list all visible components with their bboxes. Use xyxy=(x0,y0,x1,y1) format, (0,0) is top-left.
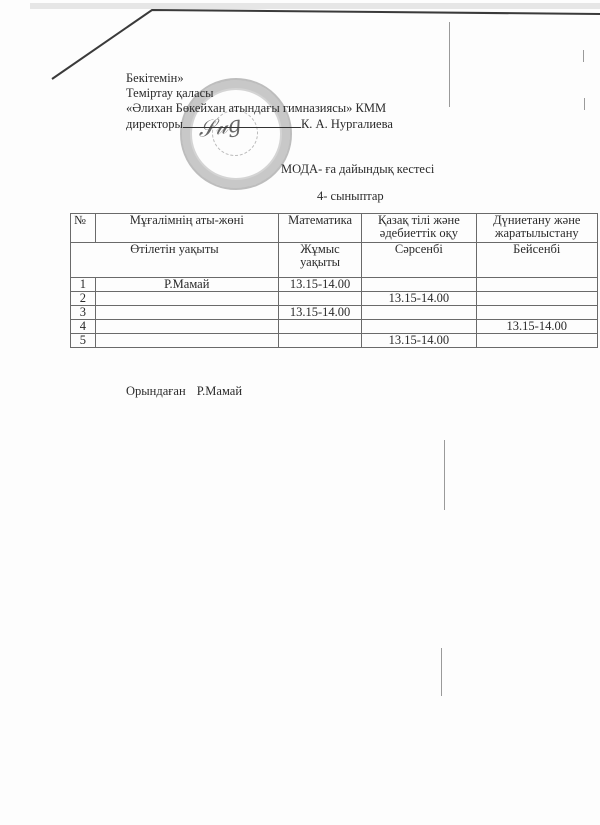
row-teacher xyxy=(95,306,278,320)
approval-block: Бекітемін» Теміртау қаласы «Әлихан Бөкей… xyxy=(126,71,393,132)
row-no: 5 xyxy=(71,334,96,348)
row-teacher xyxy=(95,320,278,334)
row-math xyxy=(278,334,361,348)
table-row: 3 13.15-14.00 xyxy=(71,306,598,320)
subheader-kazakh: Сәрсенбі xyxy=(362,243,476,278)
row-world: 13.15-14.00 xyxy=(476,320,597,334)
subheader-time-label: Өтілетін уақыты xyxy=(71,243,279,278)
row-math: 13.15-14.00 xyxy=(278,278,361,292)
approval-line: Теміртау қаласы xyxy=(126,86,393,101)
table-row: 2 13.15-14.00 xyxy=(71,292,598,306)
row-no: 1 xyxy=(71,278,96,292)
row-kazakh xyxy=(362,278,476,292)
row-world xyxy=(476,278,597,292)
scan-artifact-line xyxy=(583,50,584,62)
table-row: 4 13.15-14.00 xyxy=(71,320,598,334)
executor-label: Орындаған xyxy=(126,384,186,398)
scan-artifact-line xyxy=(449,22,450,107)
row-no: 2 xyxy=(71,292,96,306)
header-math: Математика xyxy=(278,214,361,243)
scan-artifact-line xyxy=(444,440,445,510)
approval-line: «Әлихан Бөкейхан атындағы гимназиясы» КМ… xyxy=(126,101,393,116)
approval-line: Бекітемін» xyxy=(126,71,393,86)
row-no: 4 xyxy=(71,320,96,334)
row-no: 3 xyxy=(71,306,96,320)
row-math: 13.15-14.00 xyxy=(278,306,361,320)
document-subtitle: 4- сыныптар xyxy=(317,189,384,204)
row-teacher xyxy=(95,334,278,348)
table-row: 1 Р.Мамай 13.15-14.00 xyxy=(71,278,598,292)
schedule-table: № Мұғалімнің аты-жөні Математика Қазақ т… xyxy=(70,213,598,348)
header-world: Дүниетану және жаратылыстану xyxy=(476,214,597,243)
row-kazakh xyxy=(362,306,476,320)
row-world xyxy=(476,292,597,306)
signature-line xyxy=(183,116,301,128)
executor-name: Р.Мамай xyxy=(197,384,242,398)
header-teacher: Мұғалімнің аты-жөні xyxy=(95,214,278,243)
table-row: 5 13.15-14.00 xyxy=(71,334,598,348)
row-math xyxy=(278,320,361,334)
subheader-world: Бейсенбі xyxy=(476,243,597,278)
director-name: К. А. Нургалиева xyxy=(301,117,393,131)
row-math xyxy=(278,292,361,306)
table-subheader-row: Өтілетін уақыты Жұмыс уақыты Сәрсенбі Бе… xyxy=(71,243,598,278)
scan-artifact-line xyxy=(441,648,442,696)
scan-artifact-line xyxy=(584,98,585,110)
director-label: директоры xyxy=(126,117,183,131)
row-world xyxy=(476,334,597,348)
executor-line: Орындаған Р.Мамай xyxy=(126,384,242,399)
table-header-row: № Мұғалімнің аты-жөні Математика Қазақ т… xyxy=(71,214,598,243)
row-kazakh: 13.15-14.00 xyxy=(362,334,476,348)
row-kazakh: 13.15-14.00 xyxy=(362,292,476,306)
row-world xyxy=(476,306,597,320)
subheader-math: Жұмыс уақыты xyxy=(278,243,361,278)
row-kazakh xyxy=(362,320,476,334)
row-teacher xyxy=(95,292,278,306)
row-teacher: Р.Мамай xyxy=(95,278,278,292)
header-no: № xyxy=(71,214,96,243)
header-kazakh: Қазақ тілі және әдебиеттік оқу xyxy=(362,214,476,243)
document-title: МОДА- ға дайындық кестесі xyxy=(281,162,434,177)
approval-director-line: директорыК. А. Нургалиева xyxy=(126,116,393,132)
